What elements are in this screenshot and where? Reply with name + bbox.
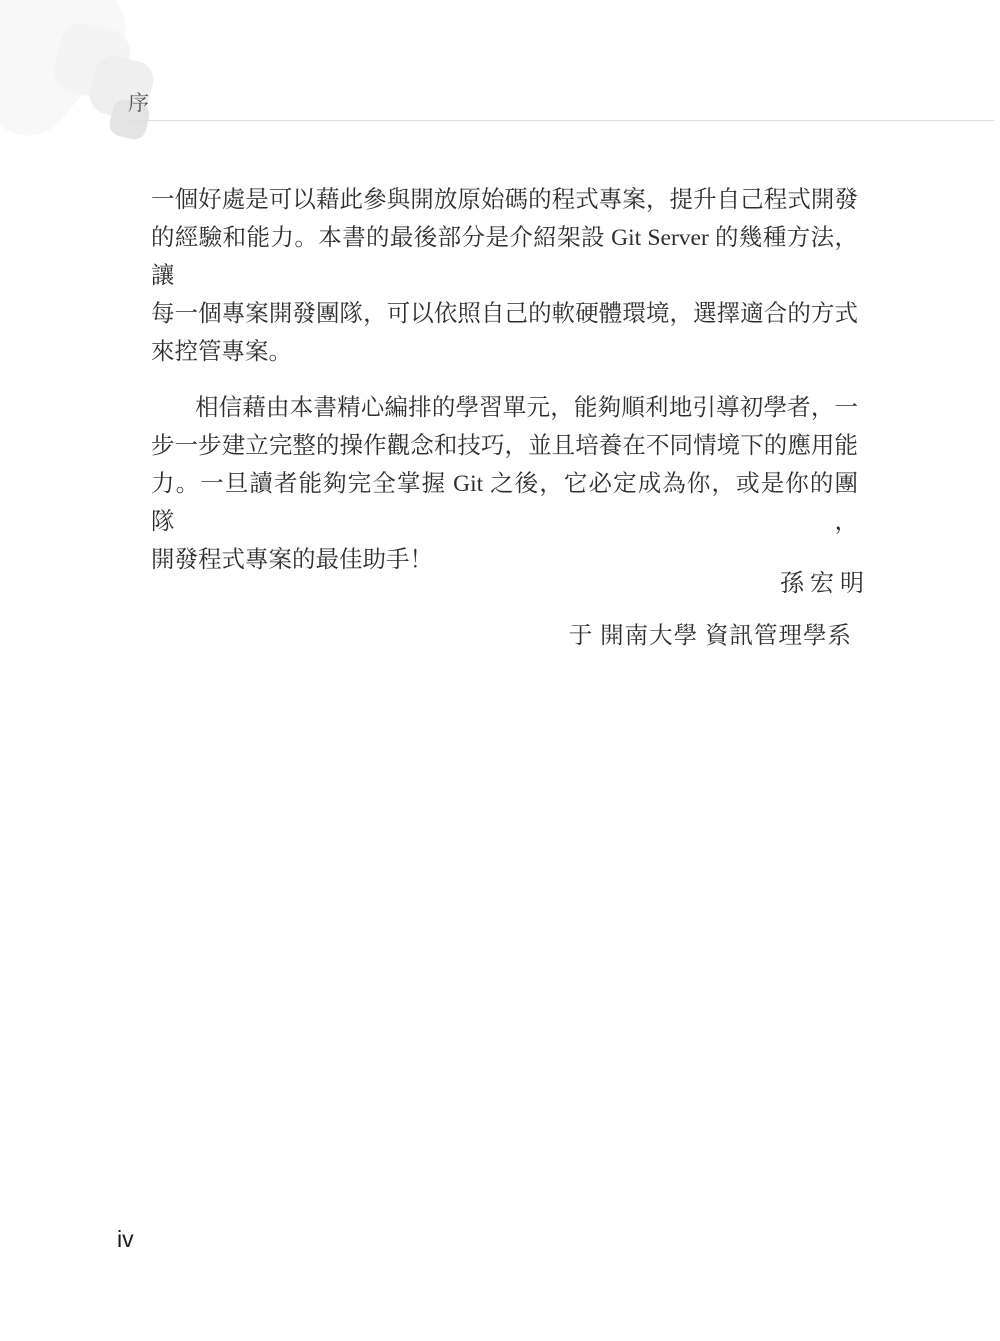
page-title: 序: [128, 91, 150, 115]
paragraph-2-line-2: 步一步建立完整的操作觀念和技巧，並且培養在不同情境下的應用能: [151, 427, 858, 465]
paragraph-2-line-3: 力。一旦讀者能夠完全掌握 Git 之後，它必定成為你，或是你的團隊，: [151, 465, 858, 541]
paragraph-1-line-2: 的經驗和能力。本書的最後部分是介紹架設 Git Server 的幾種方法，讓: [151, 219, 858, 295]
body-text: 一個好處是可以藉此參與開放原始碼的程式專案，提升自己程式開發 的經驗和能力。本書…: [151, 181, 858, 579]
paragraph-1-line-4: 來控管專案。: [151, 333, 858, 371]
paragraph-2: 相信藉由本書精心編排的學習單元，能夠順利地引導初學者，一 步一步建立完整的操作觀…: [151, 389, 858, 579]
header-divider: [128, 120, 994, 121]
paragraph-1-line-3: 每一個專案開發團隊，可以依照自己的軟硬體環境，選擇適合的方式: [151, 295, 858, 333]
page-number: iv: [117, 1226, 134, 1253]
paragraph-1-line-1: 一個好處是可以藉此參與開放原始碼的程式專案，提升自己程式開發: [151, 181, 858, 219]
paragraph-2-line-4: 開發程式專案的最佳助手！: [151, 541, 858, 579]
signature-author: 孫宏明: [780, 569, 870, 599]
paragraph-1: 一個好處是可以藉此參與開放原始碼的程式專案，提升自己程式開發 的經驗和能力。本書…: [151, 181, 858, 371]
paragraph-2-line-1: 相信藉由本書精心編排的學習單元，能夠順利地引導初學者，一: [151, 389, 858, 427]
preface-page: 序 一個好處是可以藉此參與開放原始碼的程式專案，提升自己程式開發 的經驗和能力。…: [0, 0, 1000, 1341]
signature-affiliation: 于 開南大學 資訊管理學系: [569, 621, 852, 651]
